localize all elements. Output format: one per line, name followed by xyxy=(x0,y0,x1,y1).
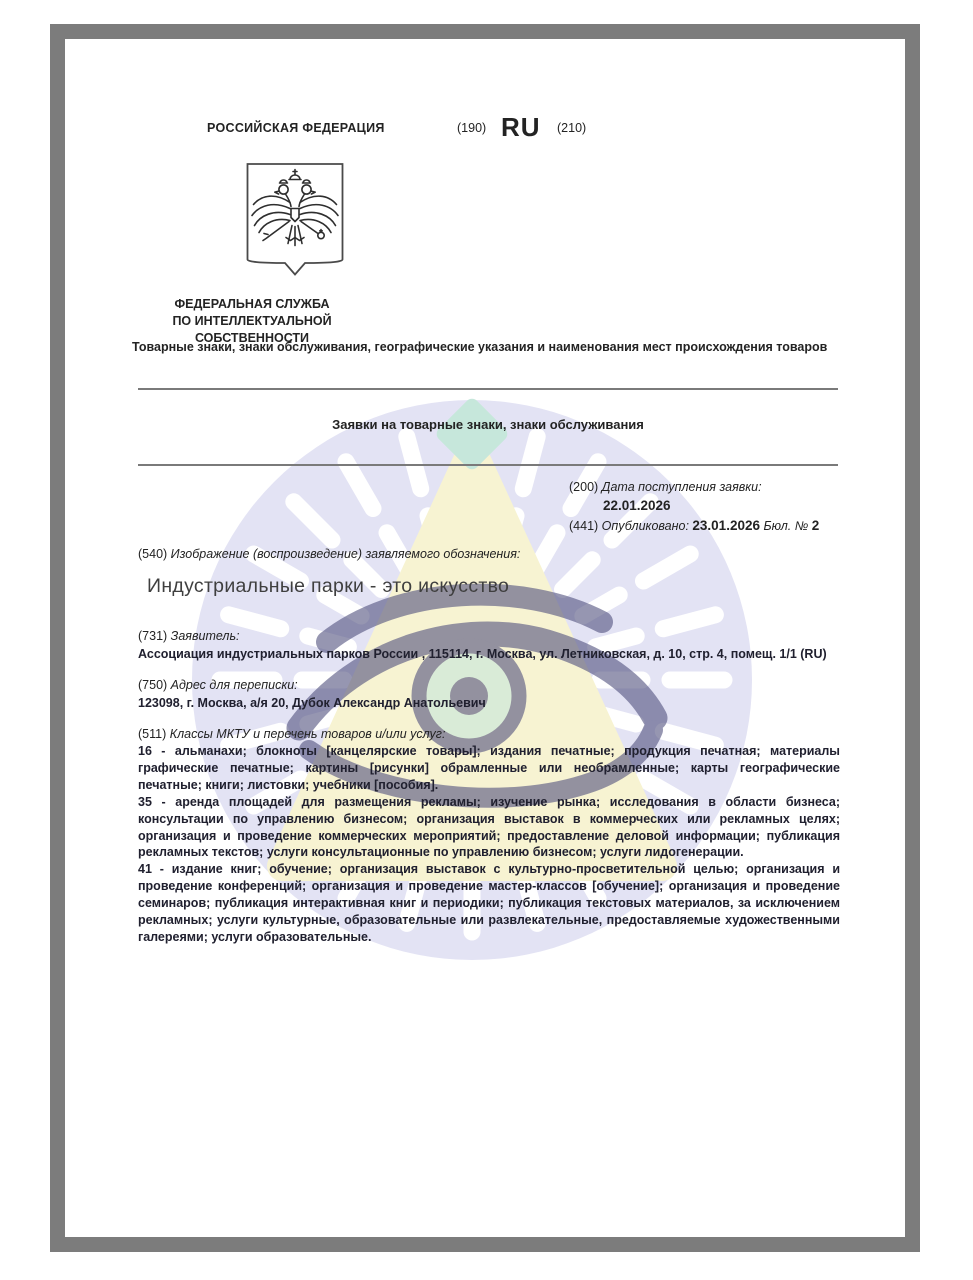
register-subject-line: Товарные знаки, знаки обслуживания, геог… xyxy=(132,339,827,356)
published-date-value: 23.01.2026 xyxy=(692,518,760,533)
correspondence-field: (750) Адрес для переписки: xyxy=(138,677,298,694)
applicant-value: Ассоциация индустриальных парков России … xyxy=(138,646,827,663)
published-field: (441) Опубликовано: 23.01.2026 Бюл. № 2 xyxy=(569,517,819,535)
country-title: РОССИЙСКАЯ ФЕДЕРАЦИЯ xyxy=(207,120,385,137)
class-16-item: 16 - альманахи; блокноты [канцелярские т… xyxy=(138,743,840,794)
classes-list: 16 - альманахи; блокноты [канцелярские т… xyxy=(138,743,840,946)
correspondence-value: 123098, г. Москва, а/я 20, Дубок Алексан… xyxy=(138,695,486,712)
filing-date-label: Дата поступления заявки: xyxy=(602,480,762,494)
inid-code-190: (190) xyxy=(457,120,486,137)
country-code: RU xyxy=(501,112,541,143)
inid-code-441: (441) xyxy=(569,519,598,533)
correspondence-label: Адрес для переписки: xyxy=(171,678,298,692)
published-label: Опубликовано: xyxy=(602,519,689,533)
inid-code-210: (210) xyxy=(557,120,586,137)
filing-date-field: (200) Дата поступления заявки: xyxy=(569,479,762,496)
authority-line1: ФЕДЕРАЛЬНАЯ СЛУЖБА xyxy=(174,297,329,311)
inid-code-750: (750) xyxy=(138,678,167,692)
coat-of-arms-icon xyxy=(245,161,345,279)
inid-code-511: (511) xyxy=(138,727,166,741)
inid-code-540: (540) xyxy=(138,547,167,561)
bulletin-number: 2 xyxy=(812,518,820,533)
filing-date-value: 22.01.2026 xyxy=(603,497,671,514)
bulletin-label: Бюл. № xyxy=(763,519,808,533)
separator-line-top xyxy=(138,388,838,390)
trademark-text: Индустриальные парки - это искусство xyxy=(147,575,509,598)
mark-image-field: (540) Изображение (воспроизведение) заяв… xyxy=(138,546,520,563)
classes-label: Классы МКТУ и перечень товаров и/или усл… xyxy=(170,727,446,741)
applicant-label: Заявитель: xyxy=(171,629,240,643)
classes-field: (511) Классы МКТУ и перечень товаров и/и… xyxy=(138,726,445,743)
class-41-item: 41 - издание книг; обучение; организация… xyxy=(138,861,840,946)
mark-image-label: Изображение (воспроизведение) заявляемог… xyxy=(171,547,521,561)
separator-line-bottom xyxy=(138,464,838,466)
inid-code-200: (200) xyxy=(569,480,598,494)
inid-code-731: (731) xyxy=(138,629,167,643)
class-35-item: 35 - аренда площадей для размещения рекл… xyxy=(138,794,840,862)
section-title: Заявки на товарные знаки, знаки обслужив… xyxy=(138,416,838,433)
applicant-field: (731) Заявитель: xyxy=(138,628,240,645)
